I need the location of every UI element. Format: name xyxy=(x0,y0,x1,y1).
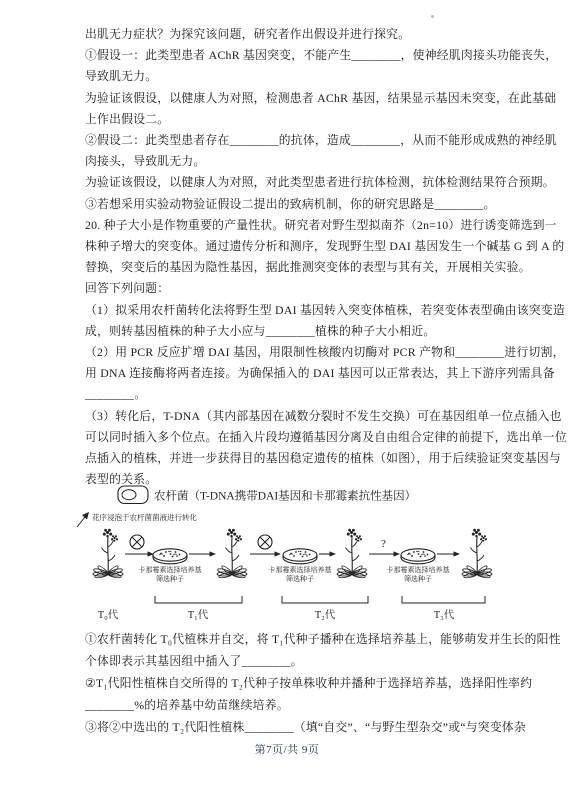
agrobacterium-legend-icon xyxy=(118,486,148,504)
flow-arrow-icon xyxy=(189,551,216,556)
text-line: 用 DNA 连接酶将两者连接。为确保插入的 DAI 基因可以正常表达，其上下游序… xyxy=(85,363,567,384)
self-cross-icon xyxy=(258,535,272,549)
text-line: 个体即表示其基因组中插入了________。 xyxy=(85,650,561,672)
text-line: ②假设二：此类型患者存在________的抗体，造成________，从而不能形… xyxy=(85,130,567,151)
text-line: 回答下列问题： xyxy=(85,278,567,299)
text-line: ③若想采用实验动物验证假设二提出的致病机制，你的研究思路是________。 xyxy=(85,194,567,215)
text-line: 上作出假设二。 xyxy=(85,109,567,130)
page-footer: 第7页/共 9页 xyxy=(0,741,574,757)
flow-arrow-icon xyxy=(437,551,460,556)
flow-arrow-icon xyxy=(319,551,336,556)
annotation-label: 花序浸泡于农杆菌菌液进行转化 xyxy=(92,512,197,522)
text-line: ________%的培养基中幼苗继续培养。 xyxy=(85,694,561,716)
flow-arrow-icon xyxy=(125,551,154,556)
dish-label: 卡那霉素选择培养基 xyxy=(139,565,202,574)
text-line: ________。 xyxy=(85,384,567,405)
text-line: 可以同时插入多个位点。在插入片段均遵循基因分离及自由组合定律的前提下，选出单一位 xyxy=(85,427,567,448)
document-page: 出肌无力症状？为探究该问题，研究者作出假设并进行探究。 ①假设一：此类型患者 A… xyxy=(0,0,574,790)
dish-label: 卡那霉素选择培养基 xyxy=(387,565,450,574)
dish-label: 筛选种子 xyxy=(286,574,314,583)
plant-t0-illustration xyxy=(93,529,123,579)
text-line: ①农杆菌转化 T₀代植株并自交，将 T₁代种子播种在选择培养基上，能够萌发并生长… xyxy=(85,628,561,650)
dish-label: 筛选种子 xyxy=(156,574,184,583)
plant-t3-illustration xyxy=(462,529,492,579)
generation-bracket xyxy=(155,596,242,603)
text-line: 出肌无力症状？为探究该问题，研究者作出假设并进行探究。 xyxy=(85,24,567,45)
text-line: 导致肌无力。 xyxy=(85,66,567,87)
plant-t2-illustration xyxy=(337,529,367,579)
petri-dish-illustration xyxy=(283,549,317,564)
question-text-block: 出肌无力症状？为探究该问题，研究者作出假设并进行探究。 ①假设一：此类型患者 A… xyxy=(85,24,567,490)
dish-label: 卡那霉素选择培养基 xyxy=(269,565,332,574)
text-line: （2）用 PCR 反应扩增 DAI 基因，用限制性核酸内切酶对 PCR 产物和_… xyxy=(85,342,567,363)
text-line: 为验证该假设，以健康人为对照，对此类型患者进行抗体检测，抗体检测结果符合预期。 xyxy=(85,172,567,193)
generation-label: T₀代 xyxy=(98,608,119,621)
text-line: 替换，突变后的基因为隐性基因，据此推测突变体的表型与其有关，开展相关实验。 xyxy=(85,257,567,278)
generation-label: T₃代 xyxy=(434,608,455,621)
text-line: 点插入的植株，并进一步获得目的基因稳定遗传的植株（如图），用于后续验证突变基因与 xyxy=(85,448,567,469)
text-line: （3）转化后，T-DNA（其内部基因在减数分裂时不发生交换）可在基因组单一位点插… xyxy=(85,406,567,427)
question-mark-label: ? xyxy=(381,538,386,550)
text-line: 20. 种子大小是作物重要的产量性状。研究者对野生型拟南芥（2n=10）进行诱变… xyxy=(85,215,567,236)
annotation-arrow-icon xyxy=(77,512,89,527)
generation-label: T₁代 xyxy=(188,608,209,621)
petri-dish-illustration xyxy=(401,549,435,564)
flow-arrow-icon xyxy=(250,551,281,556)
generation-label: T₂代 xyxy=(315,608,336,621)
text-line: ①假设一：此类型患者 AChR 基因突变，不能产生________，使神经肌肉接… xyxy=(85,45,567,66)
text-line: 株种子增大的突变体。通过遗传分析和测序，发现野生型 DAI 基因发生一个碱基 G… xyxy=(85,236,567,257)
text-line: ③将②中选出的 T₂代阳性植株________（填“自交”、“与野生型杂交”或“… xyxy=(85,716,561,738)
text-line: （1）拟采用农杆菌转化法将野生型 DAI 基因转入突变体植株，若突变体表型确由该… xyxy=(85,300,567,321)
stray-mark xyxy=(431,15,434,18)
transformation-flow-figure: 农杆菌（T-DNA携带DAI基因和卡那霉素抗性基因） 花序浸泡于农杆菌菌液进行转… xyxy=(70,483,540,629)
flow-arrow-icon xyxy=(369,551,400,556)
legend-label: 农杆菌（T-DNA携带DAI基因和卡那霉素抗性基因） xyxy=(154,489,416,503)
question-text-block-lower: ①农杆菌转化 T₀代植株并自交，将 T₁代种子播种在选择培养基上，能够萌发并生长… xyxy=(85,628,561,738)
dish-label: 筛选种子 xyxy=(404,574,432,583)
text-line: 成，则转基因植株的种子大小应与________植株的种子大小相近。 xyxy=(85,321,567,342)
generation-bracket xyxy=(402,596,485,603)
self-cross-icon xyxy=(130,535,144,549)
plant-t1-illustration xyxy=(217,529,247,579)
text-line: 为验证该假设，以健康人为对照，检测患者 AChR 基因，结果显示基因未突变，在此… xyxy=(85,88,567,109)
text-line: ②T₁代阳性植株自交所得的 T₂代种子按单株收种并播种于选择培养基，选择阳性率约 xyxy=(85,672,561,694)
generation-bracket xyxy=(282,596,368,603)
text-line: 肉接头，导致肌无力。 xyxy=(85,151,567,172)
petri-dish-illustration xyxy=(153,549,187,564)
